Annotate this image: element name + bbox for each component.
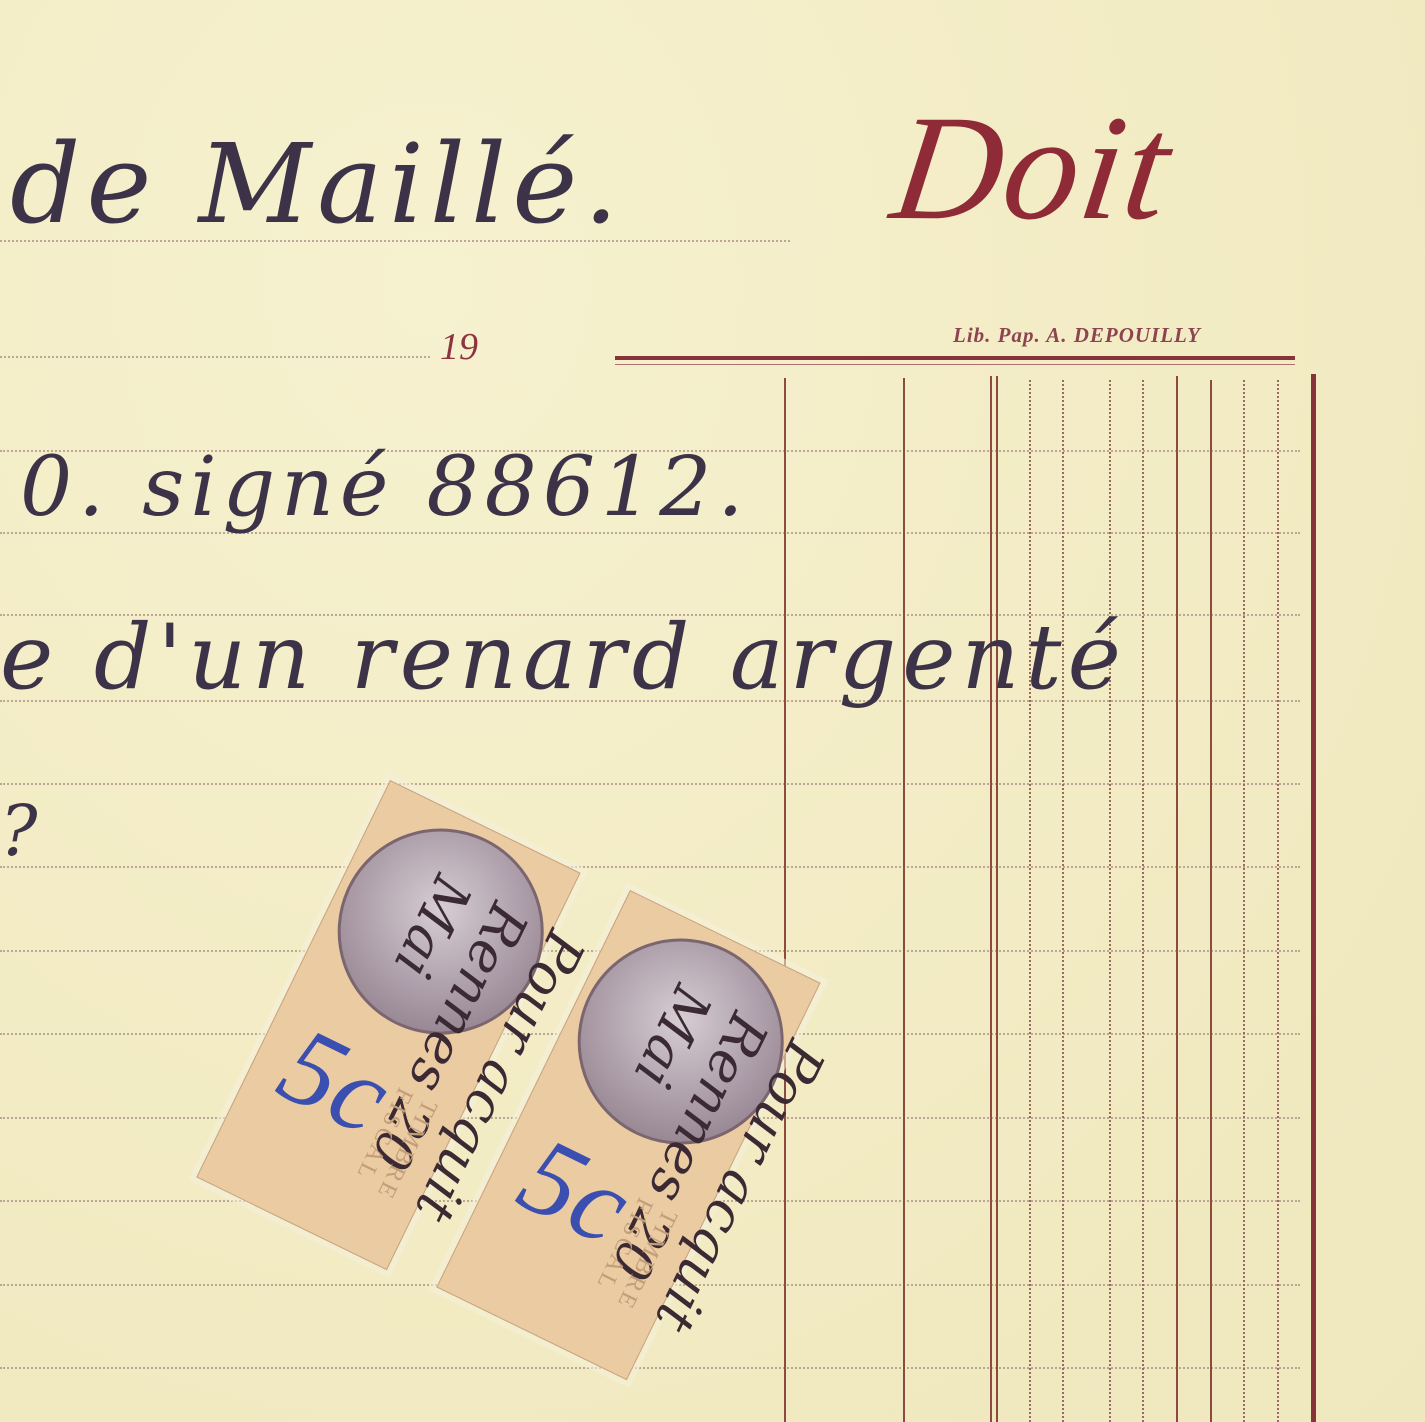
handwritten-line-2: 0. signé 88612.: [20, 440, 749, 535]
column-rule: [903, 378, 905, 1422]
column-rule-dotted: [1243, 380, 1245, 1422]
column-rule-thick: [1311, 374, 1316, 1422]
handwritten-line-4: ?: [0, 790, 44, 872]
column-rule: [1176, 376, 1178, 1422]
doit-heading: Doit: [883, 82, 1182, 254]
column-rule-dotted: [1277, 380, 1279, 1422]
printer-imprint: Lib. Pap. A. DEPOUILLY: [953, 323, 1201, 348]
handwritten-line-3: e d'un renard argenté: [0, 605, 1127, 710]
column-rule-double: [996, 376, 998, 1422]
column-rule-dotted: [1142, 380, 1144, 1422]
dotted-rule: [0, 783, 1300, 785]
dotted-rule: [0, 356, 430, 358]
column-rule-dotted: [1062, 380, 1064, 1422]
column-rule-double: [990, 376, 992, 1422]
year-prefix: 19: [440, 325, 478, 369]
column-rule: [784, 378, 786, 1422]
column-rule: [1210, 380, 1212, 1422]
dotted-rule: [0, 866, 1300, 868]
handwritten-line-1: de Maillé.: [10, 120, 624, 248]
header-rule-thin: [615, 364, 1295, 365]
column-rule-dotted: [1029, 380, 1031, 1422]
header-rule: [615, 356, 1295, 360]
column-rule-dotted: [1109, 380, 1111, 1422]
